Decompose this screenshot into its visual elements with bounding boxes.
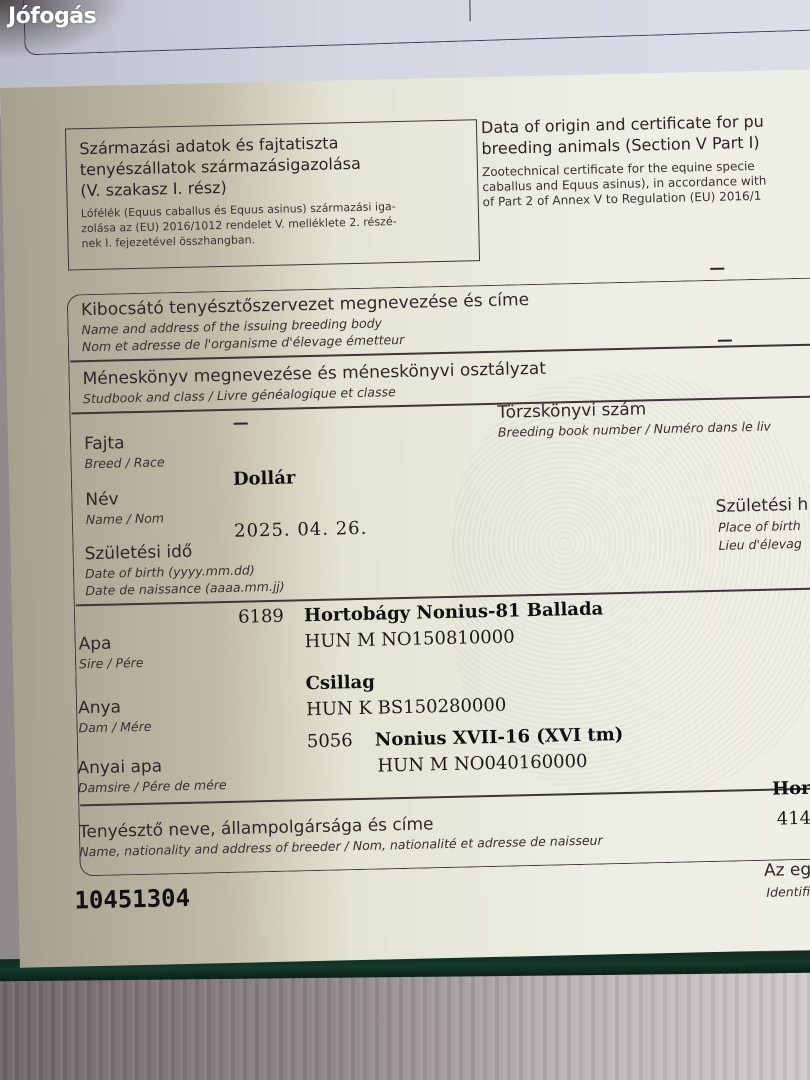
place-of-birth-label-hu: Születési h bbox=[715, 495, 808, 517]
watermark-logo: Jófogás bbox=[8, 4, 96, 29]
dam-name: Csillag bbox=[305, 672, 375, 695]
previous-page-frame bbox=[23, 0, 810, 55]
damsire-label-hu: Anyai apa bbox=[77, 757, 162, 779]
date-of-birth-value: 2025. 04. 26. bbox=[234, 518, 368, 542]
identification-label-en: Identific bbox=[766, 884, 810, 900]
date-of-birth-label-hu: Születési idő bbox=[84, 542, 192, 564]
breeder-name-value: Horg bbox=[772, 778, 810, 800]
breed-label-hu: Fajta bbox=[84, 433, 125, 454]
breed-value bbox=[234, 422, 248, 424]
damsire-number: 5056 bbox=[307, 730, 353, 752]
breeding-book-number-label-hu: Törzskönyvi szám bbox=[497, 399, 646, 422]
issuing-body-value bbox=[710, 268, 724, 270]
header-subtitle-hu: Lófélék (Equus caballus és Equus asinus)… bbox=[81, 199, 397, 251]
identification-label-hu: Az egy bbox=[764, 860, 810, 881]
place-of-birth-label-fr: Lieu d'élevag bbox=[718, 536, 802, 553]
sire-number: 6189 bbox=[238, 606, 284, 628]
breeder-postcode-value: 414 bbox=[777, 808, 810, 830]
header-subtitle-en: Zootechnical certificate for the equine … bbox=[482, 159, 767, 210]
header-title-en: Data of origin and certificate for pu br… bbox=[481, 111, 765, 159]
horse-name-value: Dollár bbox=[233, 467, 296, 489]
header-title-hu: Származási adatok és fajtatiszta tenyész… bbox=[79, 132, 361, 201]
dam-label-hu: Anya bbox=[78, 697, 121, 718]
place-of-birth-label-en: Place of birth bbox=[718, 518, 801, 535]
sire-label-hu: Apa bbox=[78, 634, 111, 655]
breed-label-en: Breed / Race bbox=[84, 454, 164, 471]
studbook-value bbox=[718, 339, 732, 341]
name-label-en: Name / Nom bbox=[86, 510, 165, 527]
name-label-hu: Név bbox=[85, 489, 119, 510]
previous-page-divider bbox=[469, 0, 471, 21]
certificate-page: Származási adatok és fajtatiszta tenyész… bbox=[0, 69, 810, 968]
dam-label-en: Dam / Mére bbox=[78, 719, 151, 736]
document-number: 10451304 bbox=[74, 884, 190, 915]
sire-label-en: Sire / Pére bbox=[79, 655, 144, 671]
